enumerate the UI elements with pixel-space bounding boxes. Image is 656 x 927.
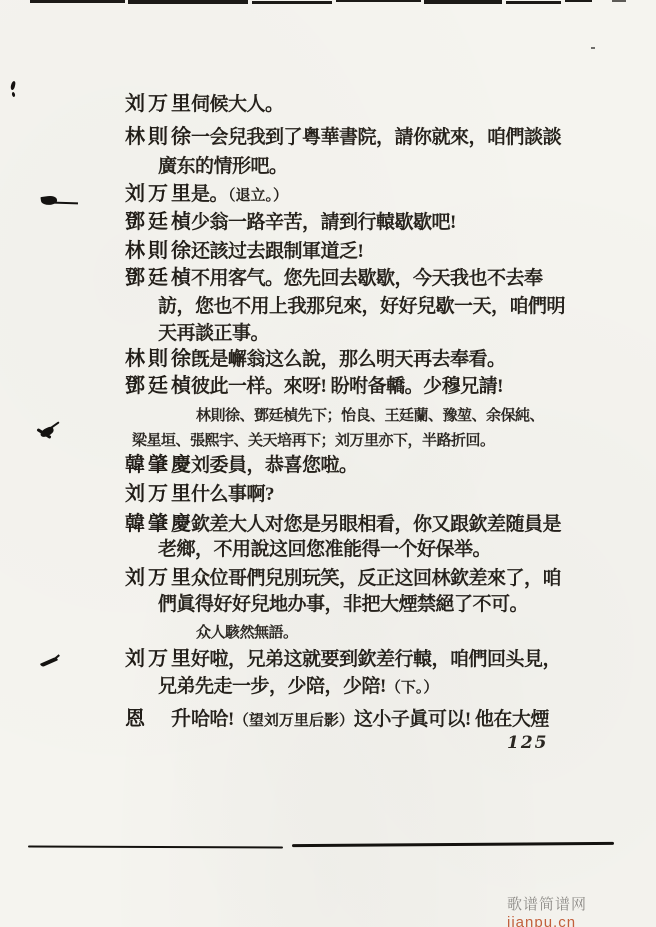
- dialogue-line-continuation: 天再談正事。: [158, 322, 269, 346]
- dialogue-text: 哈哈!: [191, 709, 234, 730]
- stage-direction: 梁星垣、張熙宇、关天培再下；刘万里亦下，半路折回。: [132, 429, 495, 453]
- dialogue-line-continuation: 廣东的情形吧。: [158, 155, 288, 179]
- dialogue-line: 刘万里是。（退立。）: [125, 182, 288, 208]
- dialogue-line: 恩 升哈哈!（望刘万里后影）这小子眞可以! 他在大煙: [125, 707, 549, 733]
- stage-direction: 众人駭然無語。: [196, 621, 298, 645]
- dialogue-line: 林則徐还該过去跟制軍道乏!: [125, 239, 363, 264]
- dialogue-text: 旣是嶰翁这么說，那么明天再去奉看。: [191, 349, 506, 370]
- dialogue-line: 刘万里众位哥們兒別玩笑，反正这回林欽差來了，咱: [125, 566, 561, 591]
- dialogue-line-continuation: 訪，您也不用上我那兒來，好好兒歇一天，咱們明: [158, 295, 565, 319]
- watermark-site-url: jianpu.cn: [507, 914, 576, 927]
- ink-speck: [591, 47, 595, 49]
- speaker-name: 林則徐: [125, 125, 191, 149]
- dialogue-text: 少翁一路辛苦，請到行轅歇歇吧!: [191, 212, 456, 233]
- dialogue-line: 韓肇慶刘委員，恭喜您啦。: [125, 453, 358, 478]
- speaker-name: 刘万里: [125, 482, 191, 506]
- watermark: 歌谱简谱网 jianpu.cn: [507, 893, 656, 927]
- dialogue-line: 鄧廷楨少翁一路辛苦，請到行轅歇歇吧!: [125, 210, 456, 235]
- stage-note-inline: （退立。）: [228, 188, 288, 204]
- watermark-site-name: 歌谱简谱网: [507, 896, 587, 913]
- dialogue-text: 伺候大人。: [191, 94, 284, 115]
- speaker-name: 鄧廷楨: [125, 266, 191, 290]
- speaker-name: 恩 升: [125, 707, 191, 731]
- dialogue-line: 林則徐旣是嶰翁这么說，那么明天再去奉看。: [125, 347, 506, 372]
- ink-smudge-1: [10, 81, 16, 91]
- dialogue-line: 林則徐一会兒我到了粤華書院，請你就來，咱們談談: [125, 125, 561, 150]
- dialogue-line: 刘万里伺候大人。: [125, 92, 284, 117]
- stage-direction-text: 众人駭然無語。: [196, 625, 298, 641]
- dialogue-text: 众位哥們兒別玩笑，反正这回林欽差來了，咱: [191, 568, 561, 589]
- dialogue-line: 刘万里好啦，兄弟这就要到欽差行轅，咱們回头見，: [125, 647, 561, 672]
- stage-direction-text: 梁星垣、張熙宇、关天培再下；刘万里亦下，半路折回。: [132, 433, 495, 449]
- dialogue-line: 刘万里什么事啊?: [125, 482, 274, 507]
- dialogue-line: 鄧廷楨彼此一样。來呀! 盼咐备轎。少穆兄請!: [125, 374, 503, 399]
- speaker-name: 鄧廷楨: [125, 374, 191, 398]
- page-number: 125: [507, 733, 549, 753]
- speaker-name: 刘万里: [125, 647, 191, 671]
- stage-note-inline: （下。）: [386, 680, 439, 696]
- dialogue-text: 廣东的情形吧。: [158, 156, 288, 177]
- dialogue-line: 鄧廷楨不用客气。您先回去歇歇，今天我也不去奉: [125, 266, 543, 291]
- speaker-name: 刘万里: [125, 92, 191, 116]
- speaker-name: 鄧廷楨: [125, 210, 191, 234]
- speaker-name: 刘万里: [125, 182, 191, 206]
- speaker-name: 林則徐: [125, 347, 191, 371]
- dialogue-text: 彼此一样。來呀! 盼咐备轎。少穆兄請!: [191, 376, 503, 397]
- dialogue-line: 韓肇慶欽差大人对您是另眼相看，你又跟欽差随員是: [125, 512, 561, 537]
- dialogue-text: 好啦，兄弟这就要到欽差行轅，咱們回头見，: [191, 649, 561, 670]
- speaker-name: 林則徐: [125, 239, 191, 263]
- dialogue-text: 这小子眞可以! 他在大煙: [354, 709, 549, 730]
- dialogue-text: 是。: [191, 184, 228, 205]
- dialogue-text: 刘委員，恭喜您啦。: [191, 455, 358, 476]
- speaker-name: 韓肇慶: [125, 453, 191, 477]
- dialogue-text: 不用客气。您先回去歇歇，今天我也不去奉: [191, 268, 543, 289]
- dialogue-text: 还該过去跟制軍道乏!: [191, 241, 363, 262]
- stage-direction: 林則徐、鄧廷楨先下；怡良、王廷蘭、豫堃、余保純、: [196, 404, 544, 428]
- dialogue-text: 兄弟先走一步，少陪，少陪!: [158, 676, 386, 697]
- stage-direction-text: 林則徐、鄧廷楨先下；怡良、王廷蘭、豫堃、余保純、: [196, 408, 544, 424]
- dialogue-text: 欽差大人对您是另眼相看，你又跟欽差随員是: [191, 514, 561, 535]
- dialogue-text: 老鄉，不用說这回您准能得一个好保举。: [158, 539, 491, 560]
- dialogue-line-continuation: 兄弟先走一步，少陪，少陪!（下。）: [158, 675, 438, 700]
- dialogue-text: 訪，您也不用上我那兒來，好好兒歇一天，咱們明: [158, 296, 565, 317]
- dialogue-text: 們眞得好好兒地办事，非把大煙禁絕了不可。: [158, 594, 528, 615]
- stage-note-inline: （望刘万里后影）: [234, 713, 354, 729]
- dialogue-text: 天再談正事。: [158, 323, 269, 344]
- dialogue-line-continuation: 老鄉，不用說这回您准能得一个好保举。: [158, 538, 491, 562]
- ink-smudge-1b: [11, 92, 15, 98]
- scanned-script-page: 刘万里伺候大人。 林則徐一会兒我到了粤華書院，請你就來，咱們談談 廣东的情形吧。…: [0, 0, 656, 927]
- dialogue-line-continuation: 們眞得好好兒地办事，非把大煙禁絕了不可。: [158, 593, 528, 617]
- dialogue-text: 什么事啊?: [191, 484, 274, 505]
- speaker-name: 刘万里: [125, 566, 191, 590]
- dialogue-text: 一会兒我到了粤華書院，請你就來，咱們談談: [191, 127, 561, 148]
- speaker-name: 韓肇慶: [125, 512, 191, 536]
